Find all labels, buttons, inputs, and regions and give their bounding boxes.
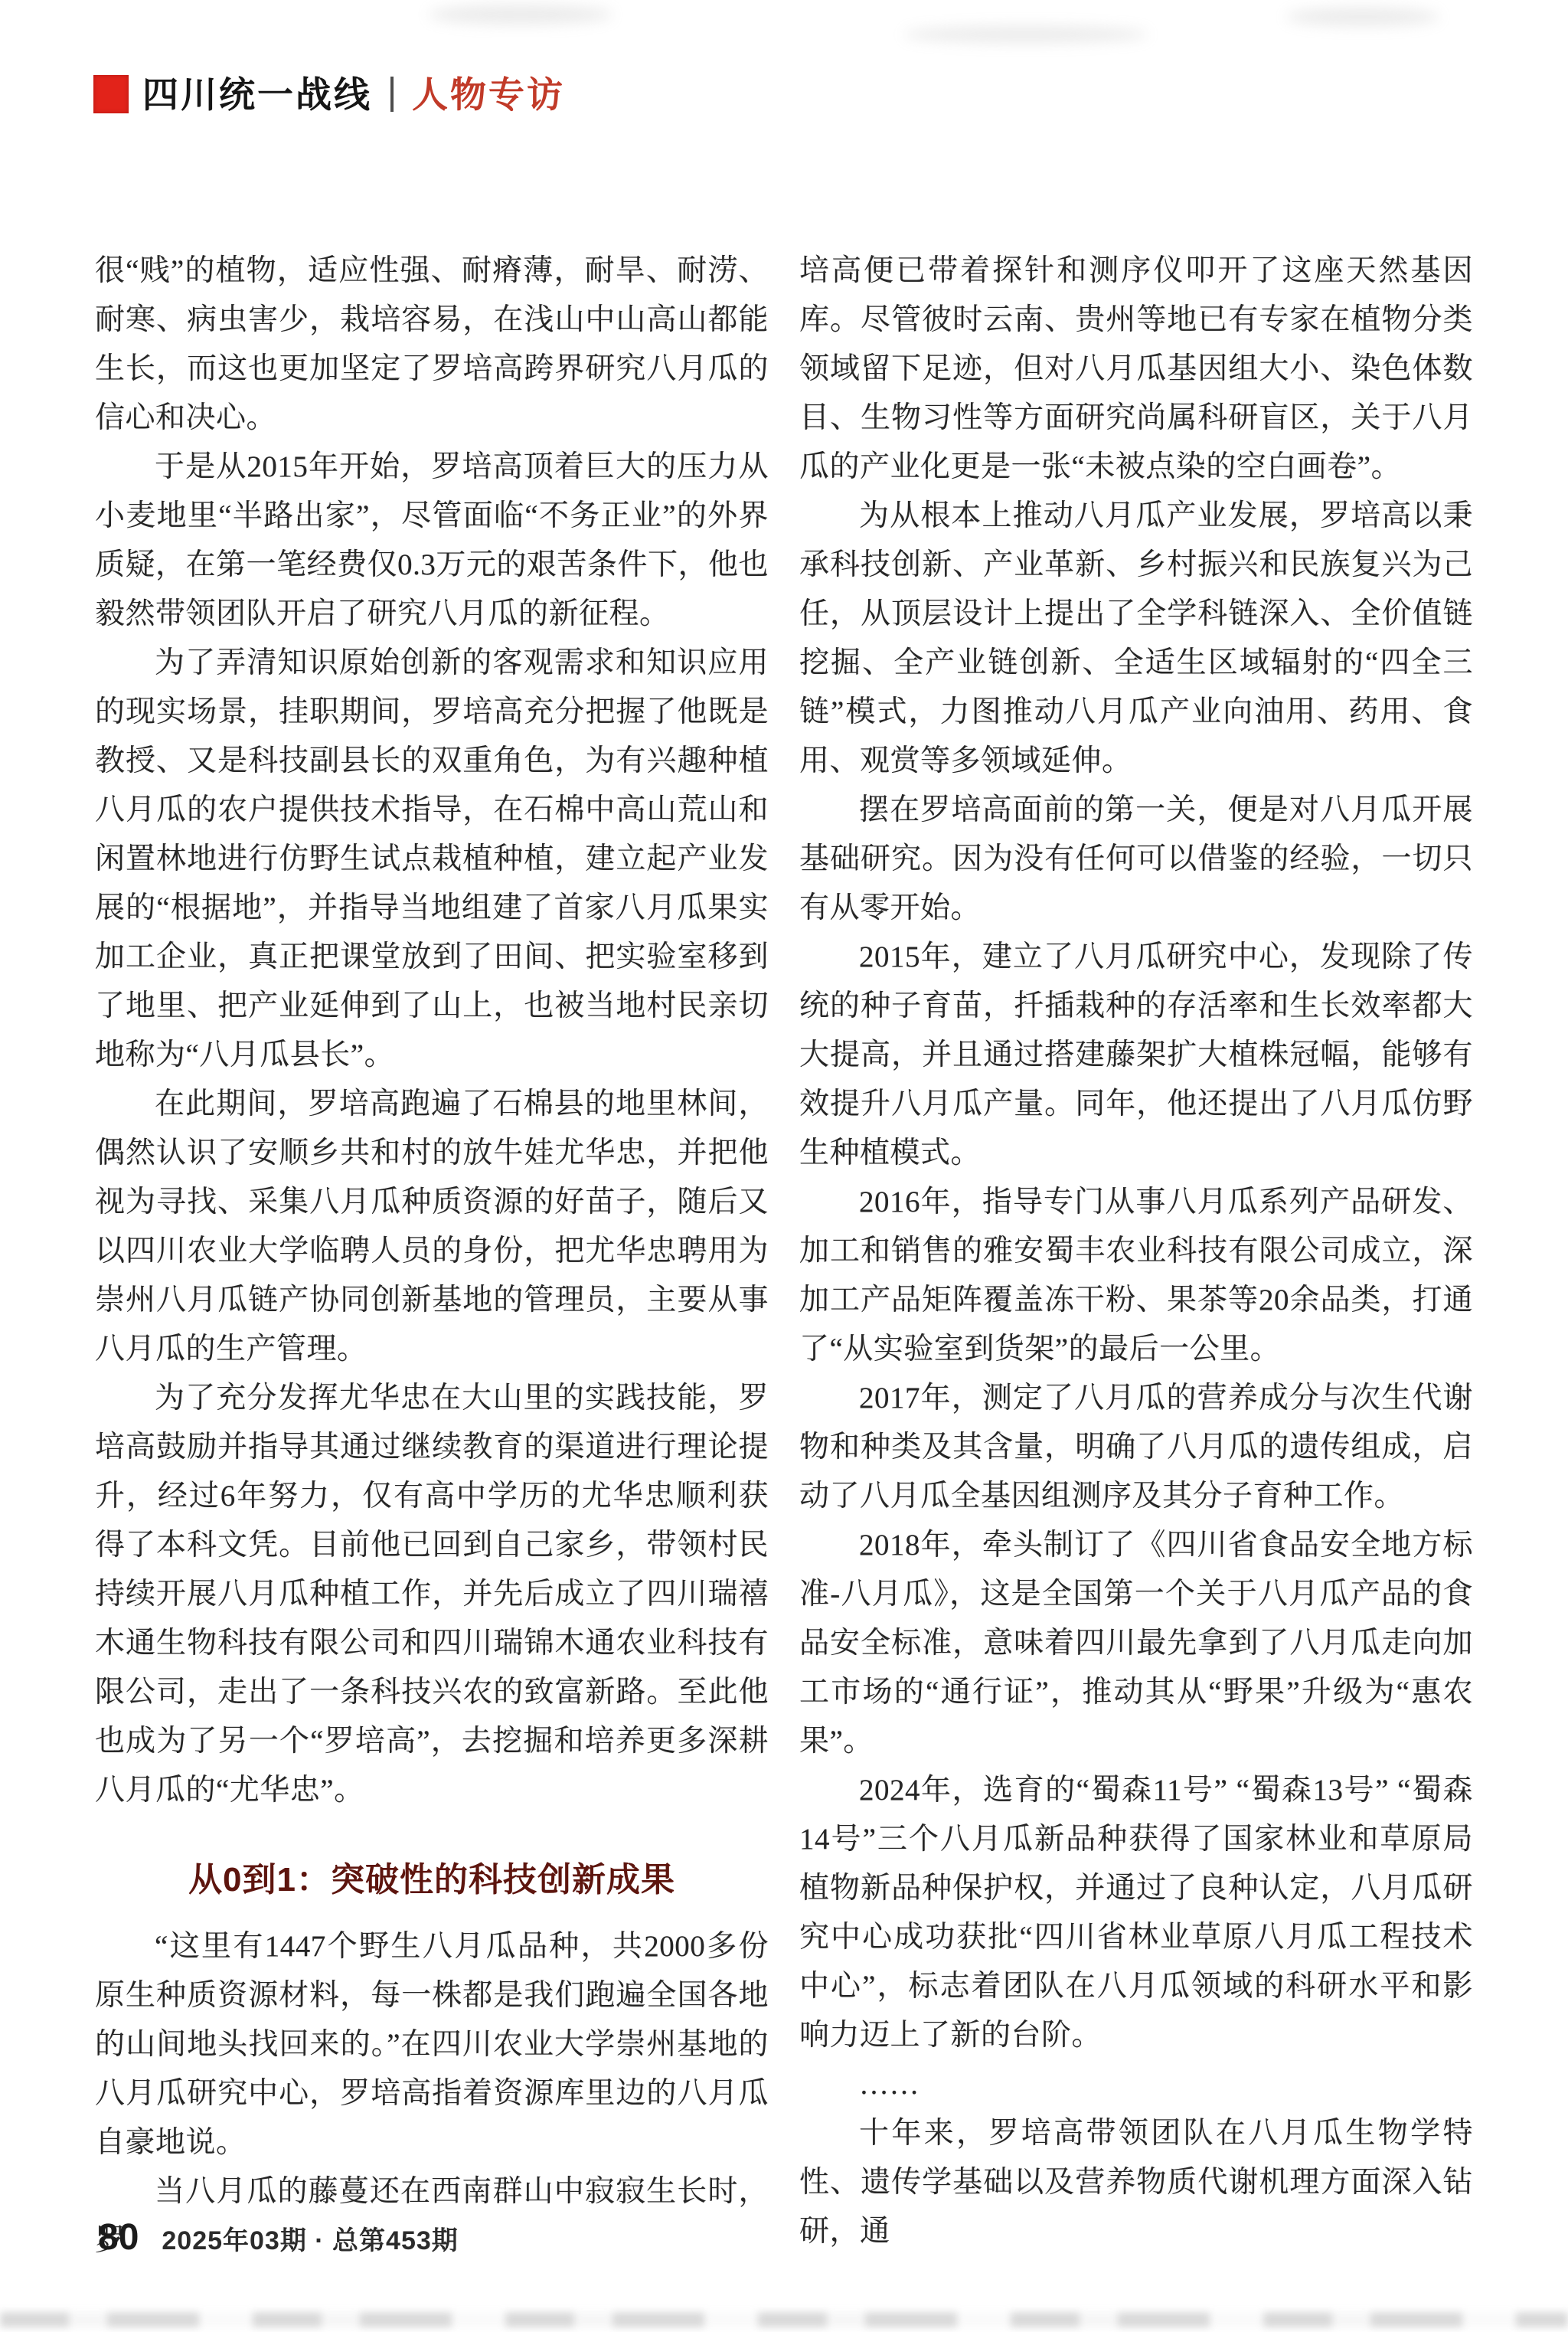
scan-smudge: [903, 26, 1148, 43]
section-heading: 从0到1：突破性的科技创新成果: [95, 1858, 769, 1902]
paragraph: 2017年，测定了八月瓜的营养成分与次生代谢物和种类及其含量，明确了八月瓜的遗传…: [799, 1374, 1473, 1521]
paragraph: 2018年，牵头制订了《四川省食品安全地方标准-八月瓜》，这是全国第一个关于八月…: [799, 1521, 1473, 1766]
paragraph: “这里有1447个野生八月瓜品种，共2000多份原生种质资源材料，每一株都是我们…: [95, 1922, 769, 2167]
header-divider: [390, 77, 394, 112]
magazine-title: 四川统一战线: [142, 77, 372, 113]
brand-mark-icon: [93, 75, 129, 113]
paragraph: 为了弄清知识原始创新的客观需求和知识应用的现实场景，挂职期间，罗培高充分把握了他…: [95, 639, 769, 1080]
paragraph: ……: [799, 2060, 1473, 2109]
right-column: 培高便已带着探针和测序仪叩开了这座天然基因库。尽管彼时云南、贵州等地已有专家在植…: [799, 247, 1473, 2265]
paragraph: 2015年，建立了八月瓜研究中心，发现除了传统的种子育苗，扦插栽种的存活率和生长…: [799, 933, 1473, 1178]
column-section-label: 人物专访: [412, 77, 565, 113]
page-header: 四川统一战线 人物专访: [93, 75, 565, 113]
article-body: 很“贱”的植物，适应性强、耐瘠薄，耐旱、耐涝、耐寒、病虫害少，栽培容易，在浅山中…: [95, 247, 1473, 2265]
paragraph: 摆在罗培高面前的第一关，便是对八月瓜开展基础研究。因为没有任何可以借鉴的经验，一…: [799, 786, 1473, 933]
page-footer: 80 2025年03期 · 总第453期: [98, 2219, 459, 2256]
paragraph: 为从根本上推动八月瓜产业发展，罗培高以秉承科技创新、产业革新、乡村振兴和民族复兴…: [799, 492, 1473, 786]
paragraph: 2016年，指导专门从事八月瓜系列产品研发、加工和销售的雅安蜀丰农业科技有限公司…: [799, 1178, 1473, 1374]
paragraph: 在此期间，罗培高跑遍了石棉县的地里林间，偶然认识了安顺乡共和村的放牛娃尤华忠，并…: [95, 1080, 769, 1374]
left-column: 很“贱”的植物，适应性强、耐瘠薄，耐旱、耐涝、耐寒、病虫害少，栽培容易，在浅山中…: [95, 247, 769, 2265]
paragraph: 培高便已带着探针和测序仪叩开了这座天然基因库。尽管彼时云南、贵州等地已有专家在植…: [799, 247, 1473, 492]
paragraph: 很“贱”的植物，适应性强、耐瘠薄，耐旱、耐涝、耐寒、病虫害少，栽培容易，在浅山中…: [95, 247, 769, 443]
page-number: 80: [98, 2219, 139, 2256]
scan-artifact-bottom: [0, 2312, 1568, 2327]
paragraph: 2024年，选育的“蜀森11号” “蜀森13号” “蜀森14号”三个八月瓜新品种…: [799, 1766, 1473, 2060]
paragraph: 于是从2015年开始，罗培高顶着巨大的压力从小麦地里“半路出家”，尽管面临“不务…: [95, 443, 769, 639]
paragraph: 为了充分发挥尤华忠在大山里的实践技能，罗培高鼓励并指导其通过继续教育的渠道进行理…: [95, 1374, 769, 1815]
scan-smudge: [1286, 8, 1439, 26]
scan-smudge: [429, 5, 612, 25]
issue-info: 2025年03期 · 总第453期: [162, 2228, 458, 2254]
magazine-page: 四川统一战线 人物专访 很“贱”的植物，适应性强、耐瘠薄，耐旱、耐涝、耐寒、病虫…: [0, 0, 1568, 2332]
paragraph: 十年来，罗培高带领团队在八月瓜生物学特性、遗传学基础以及营养物质代谢机理方面深入…: [799, 2109, 1473, 2256]
